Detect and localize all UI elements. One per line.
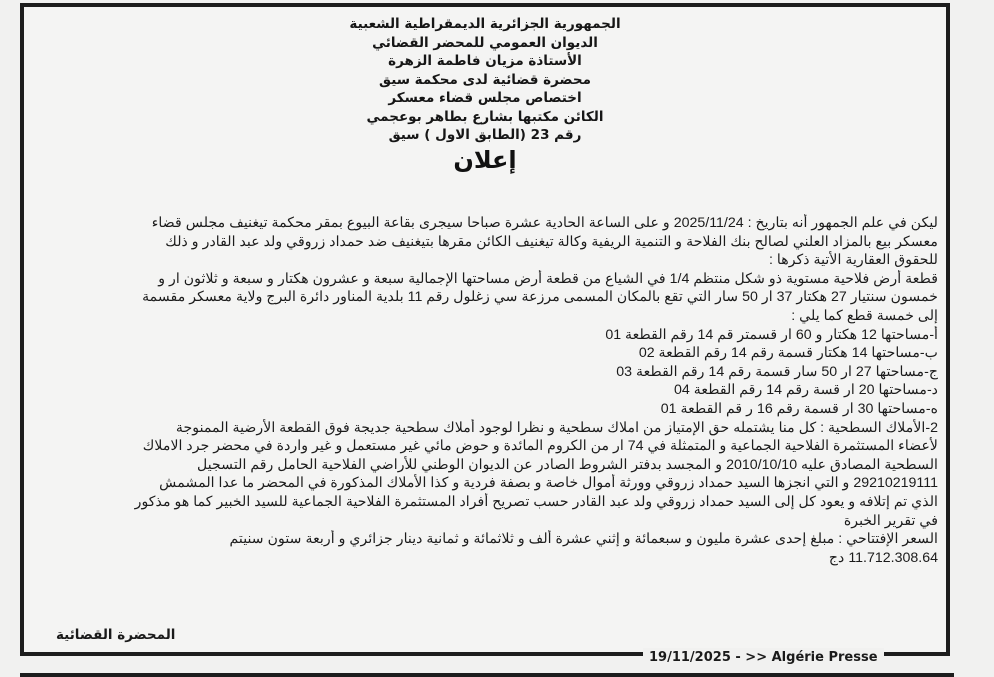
body-line: إلى خمسة قطع كما يلي : xyxy=(32,307,938,326)
opening-price-text: السعر الإفتتاحي : مبلغ إحدى عشرة مليون و… xyxy=(32,530,938,549)
body-line: في تقرير الخبرة xyxy=(32,512,938,531)
auction-notice: الجمهورية الجزائرية الديمقراطية الشعبية … xyxy=(20,3,950,656)
notice-title: إعلان xyxy=(24,145,946,175)
body-line: للحقوق العقارية الأتية ذكرها : xyxy=(32,251,938,270)
signature: المحضرة القضائية xyxy=(56,627,175,643)
body-line: 29210219111 و التي انجزها السيد حمداد زر… xyxy=(32,474,938,493)
body-line: ليكن في علم الجمهور أنه بتاريخ : 2025/11… xyxy=(32,214,938,233)
publication-credit: 19/11/2025 - >> Algérie Presse xyxy=(643,648,884,668)
header-line-bailiff-name: الأستاذة مزيان فاطمة الزهرة xyxy=(24,52,946,71)
body-line: الذي تم إتلافه و يعود كل إلى السيد حمداد… xyxy=(32,493,938,512)
body-line: خمسون سنتيار 27 هكتار 37 ار 50 سار التي … xyxy=(32,288,938,307)
body-line: لأعضاء المستثمرة الفلاحية الجماعية و الم… xyxy=(32,437,938,456)
notice-header: الجمهورية الجزائرية الديمقراطية الشعبية … xyxy=(24,15,946,175)
body-line: قطعة أرض فلاحية مستوية ذو شكل منتظم 1/4 … xyxy=(32,270,938,289)
header-line-address-number: رقم 23 (الطابق الاول ) سيق xyxy=(24,126,946,145)
next-notice-border xyxy=(20,673,954,677)
header-line-address: الكائن مكتبها بشارع بطاهر بوعجمي xyxy=(24,108,946,127)
header-line-office: الديوان العمومي للمحضر القضائي xyxy=(24,34,946,53)
plot-item-c: ج-مساحتها 27 ار 50 سار قسمة رقم 14 رقم ا… xyxy=(32,363,938,382)
plot-item-e: ه-مساحتها 30 ار قسمة رقم 16 ر قم القطعة … xyxy=(32,400,938,419)
plot-item-d: د-مساحتها 20 ار قسة رقم 14 رقم القطعة 04 xyxy=(32,381,938,400)
opening-price-amount: 11.712.308.64 دج xyxy=(32,549,938,568)
plot-item-a: أ-مساحتها 12 هكتار و 60 ار قسمتر قم 14 ر… xyxy=(32,326,938,345)
header-line-jurisdiction: اختصاص مجلس قضاء معسكر xyxy=(24,89,946,108)
body-line: 2-الأملاك السطحية : كل منا يشتمله حق الإ… xyxy=(32,419,938,438)
header-line-republic: الجمهورية الجزائرية الديمقراطية الشعبية xyxy=(24,15,946,34)
body-line: معسكر بيع بالمزاد العلني لصالح بنك الفلا… xyxy=(32,233,938,252)
header-line-court: محضرة قضائية لدى محكمة سيق xyxy=(24,71,946,90)
body-line: السطحية المصادق عليه 2010/10/10 و المجسد… xyxy=(32,456,938,475)
notice-body: ليكن في علم الجمهور أنه بتاريخ : 2025/11… xyxy=(32,214,938,567)
plot-item-b: ب-مساحتها 14 هكتار قسمة رقم 14 رقم القطع… xyxy=(32,344,938,363)
